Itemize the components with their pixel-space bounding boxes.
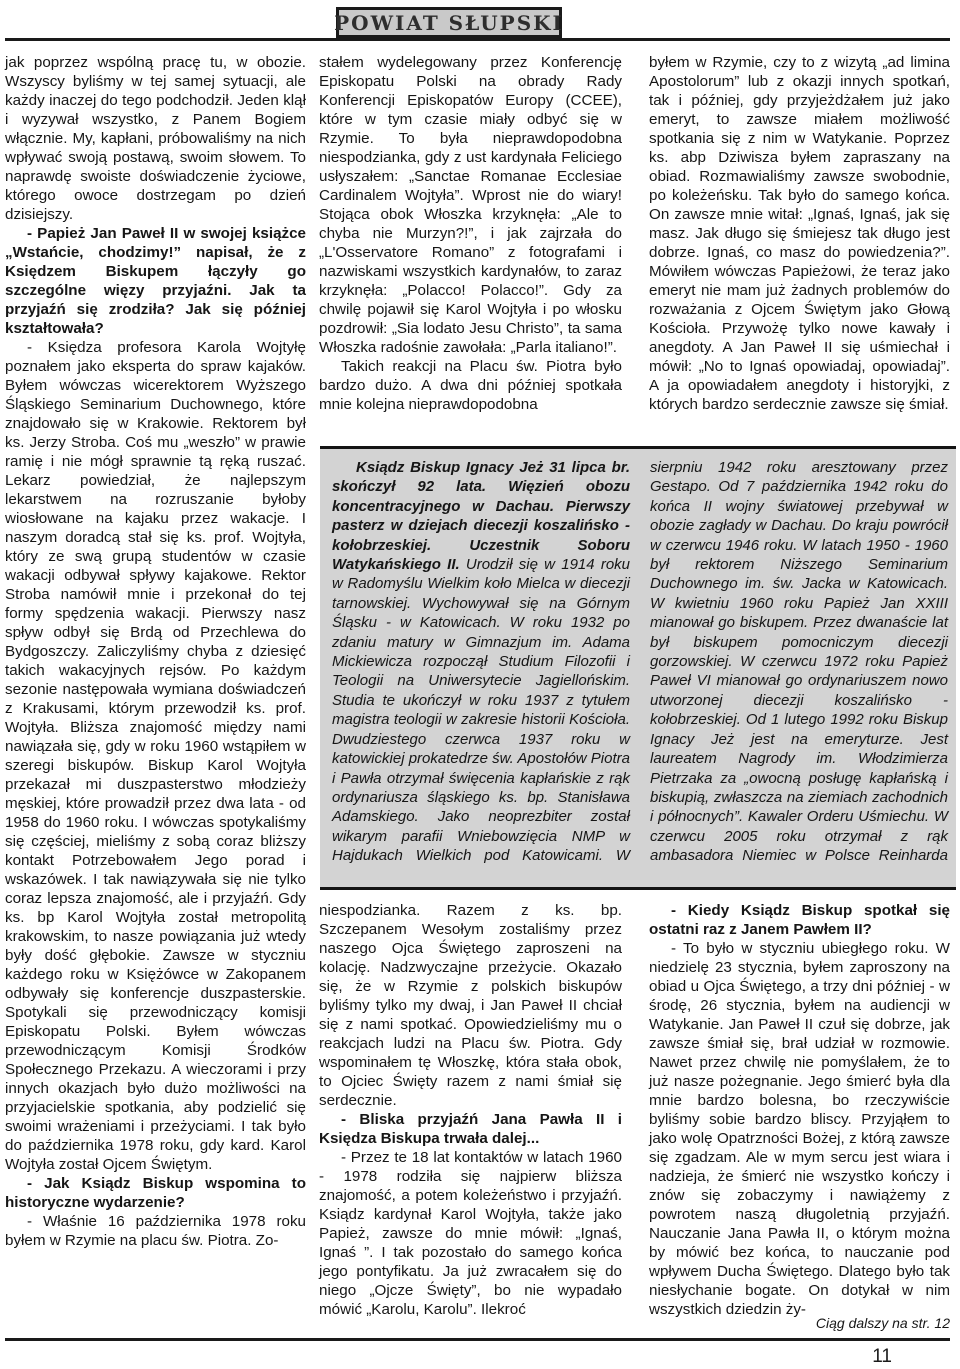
- footer-rule: [5, 1338, 950, 1341]
- article-paragraph: niespodzianka. Razem z ks. bp. Szczepane…: [319, 901, 622, 1110]
- column-2-bottom: niespodzianka. Razem z ks. bp. Szczepane…: [319, 901, 622, 1313]
- article-paragraph: Takich reakcji na Placu św. Piotra było …: [319, 357, 622, 414]
- article-paragraph: jak poprzez wspólną pracę tu, w obozie. …: [5, 53, 306, 224]
- column-3-bottom: - Kiedy Ksiądz Biskup spotkał się ostatn…: [649, 901, 950, 1313]
- interview-answer: - Właśnie 16 października 1978 roku byłe…: [5, 1212, 306, 1250]
- column-2-top: stałem wydelegowany przez Konferencję Ep…: [319, 53, 622, 443]
- column-1: jak poprzez wspólną pracę tu, w obozie. …: [5, 53, 306, 1315]
- interview-question: - Kiedy Ksiądz Biskup spotkał się ostatn…: [649, 901, 950, 939]
- newspaper-page: POWIAT SŁUPSKI jak poprzez wspólną pracę…: [0, 0, 960, 1369]
- bio-box-text: Ksiądz Biskup Ignacy Jeż 31 lipca br. sk…: [332, 458, 948, 881]
- continuation-note: Ciąg dalszy na str. 12: [649, 1314, 950, 1332]
- masthead-title: POWIAT SŁUPSKI: [334, 11, 564, 35]
- header-rule: [5, 38, 950, 41]
- article-paragraph: stałem wydelegowany przez Konferencję Ep…: [319, 53, 622, 357]
- interview-question: - Bliska przyjaźń Jana Pawła II i Księdz…: [319, 1110, 622, 1148]
- bio-paragraph: Ksiądz Biskup Ignacy Jeż 31 lipca br. sk…: [332, 458, 960, 881]
- article-paragraph: byłem w Rzymie, czy to z wizytą „ad limi…: [649, 53, 950, 414]
- column-3-top: byłem w Rzymie, czy to z wizytą „ad limi…: [649, 53, 950, 443]
- interview-question: - Jak Ksiądz Biskup wspomina to historyc…: [5, 1174, 306, 1212]
- interview-question: - Papież Jan Paweł II w swojej książce „…: [5, 224, 306, 338]
- interview-answer: - Księdza profesora Karola Wojtyłę pozna…: [5, 338, 306, 1174]
- bio-box: Ksiądz Biskup Ignacy Jeż 31 lipca br. sk…: [320, 446, 956, 890]
- interview-answer: - To było w styczniu ubiegłego roku. W n…: [649, 939, 950, 1319]
- page-number: 11: [649, 1346, 892, 1368]
- masthead: POWIAT SŁUPSKI: [336, 7, 562, 38]
- interview-answer: - Przez te 18 lat kontaktów w latach 196…: [319, 1148, 622, 1319]
